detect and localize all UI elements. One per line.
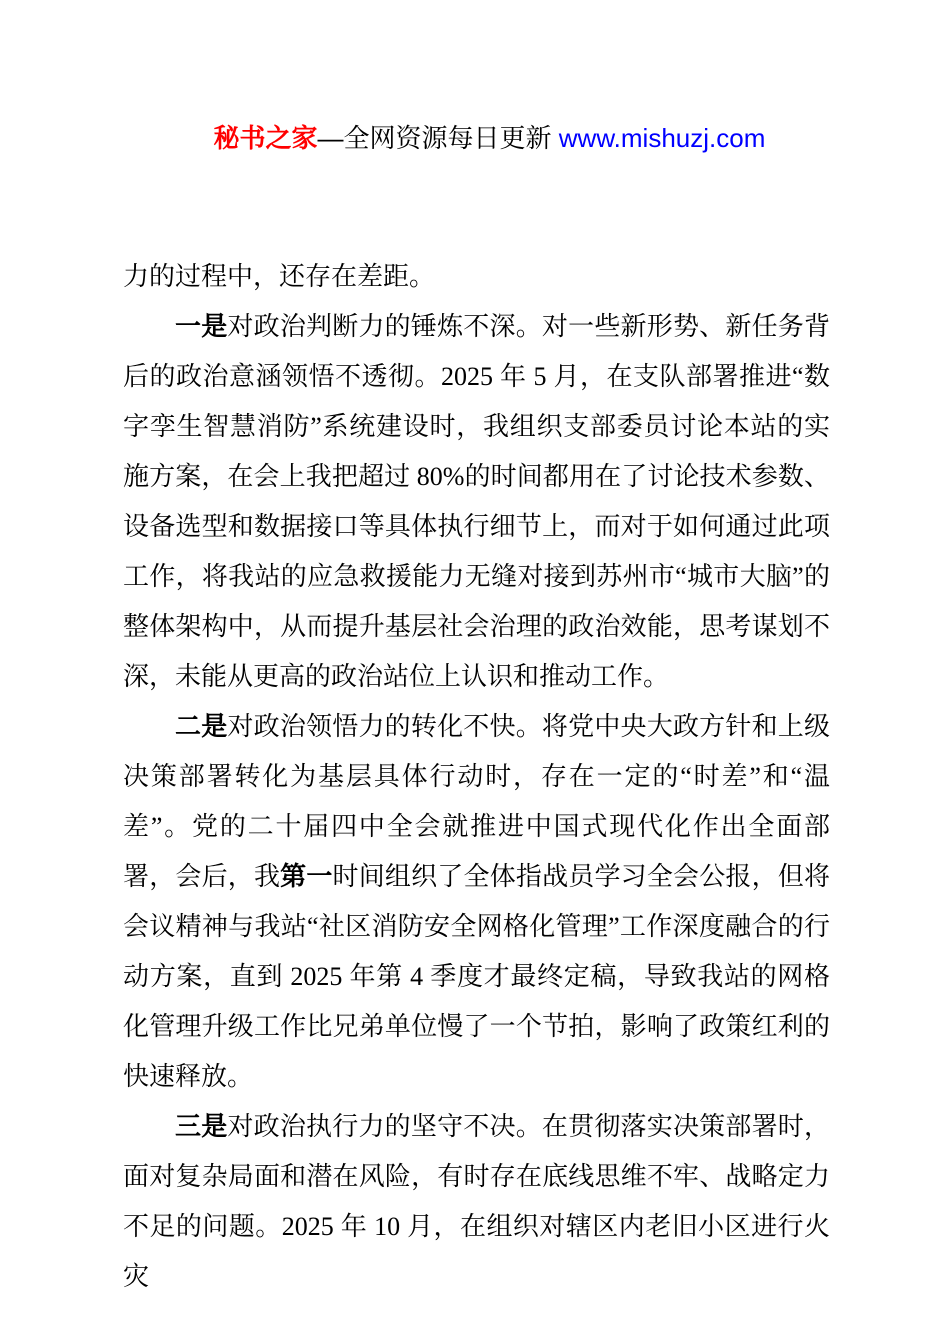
bold-run: 第一: [280, 862, 332, 891]
bold-run: 二是: [175, 712, 227, 741]
site-header: 秘书之家—全网资源每日更新 www.mishuzj.com: [0, 84, 950, 192]
paragraph: 二是对政治领悟力的转化不快。将党中央大政方针和上级决策部署转化为基层具体行动时，…: [123, 702, 830, 1102]
bold-run: 三是: [175, 1112, 227, 1141]
paragraph: 一是对政治判断力的锤炼不深。对一些新形势、新任务背后的政治意涵领悟不透彻。202…: [123, 302, 830, 702]
text-run: 力的过程中，还存在差距。: [123, 262, 435, 291]
paragraph: 三是对政治执行力的坚守不决。在贯彻落实决策部署时，面对复杂局面和潜在风险，有时存…: [123, 1102, 830, 1302]
text-run: 时间组织了全体指战员学习全会公报，但将会议精神与我站“社区消防安全网格化管理”工…: [123, 862, 830, 1091]
site-tagline: —全网资源每日更新: [318, 123, 559, 153]
bold-run: 一是: [175, 312, 227, 341]
site-name: 秘书之家: [214, 123, 318, 153]
site-url-link[interactable]: www.mishuzj.com: [559, 123, 766, 153]
document-body: 力的过程中，还存在差距。一是对政治判断力的锤炼不深。对一些新形势、新任务背后的政…: [123, 252, 830, 1302]
document-page: 秘书之家—全网资源每日更新 www.mishuzj.com 力的过程中，还存在差…: [0, 0, 950, 1344]
text-run: 对政治执行力的坚守不决。在贯彻落实决策部署时，面对复杂局面和潜在风险，有时存在底…: [123, 1112, 830, 1291]
paragraph: 力的过程中，还存在差距。: [123, 252, 830, 302]
text-run: 对政治判断力的锤炼不深。对一些新形势、新任务背后的政治意涵领悟不透彻。2025 …: [123, 312, 830, 691]
